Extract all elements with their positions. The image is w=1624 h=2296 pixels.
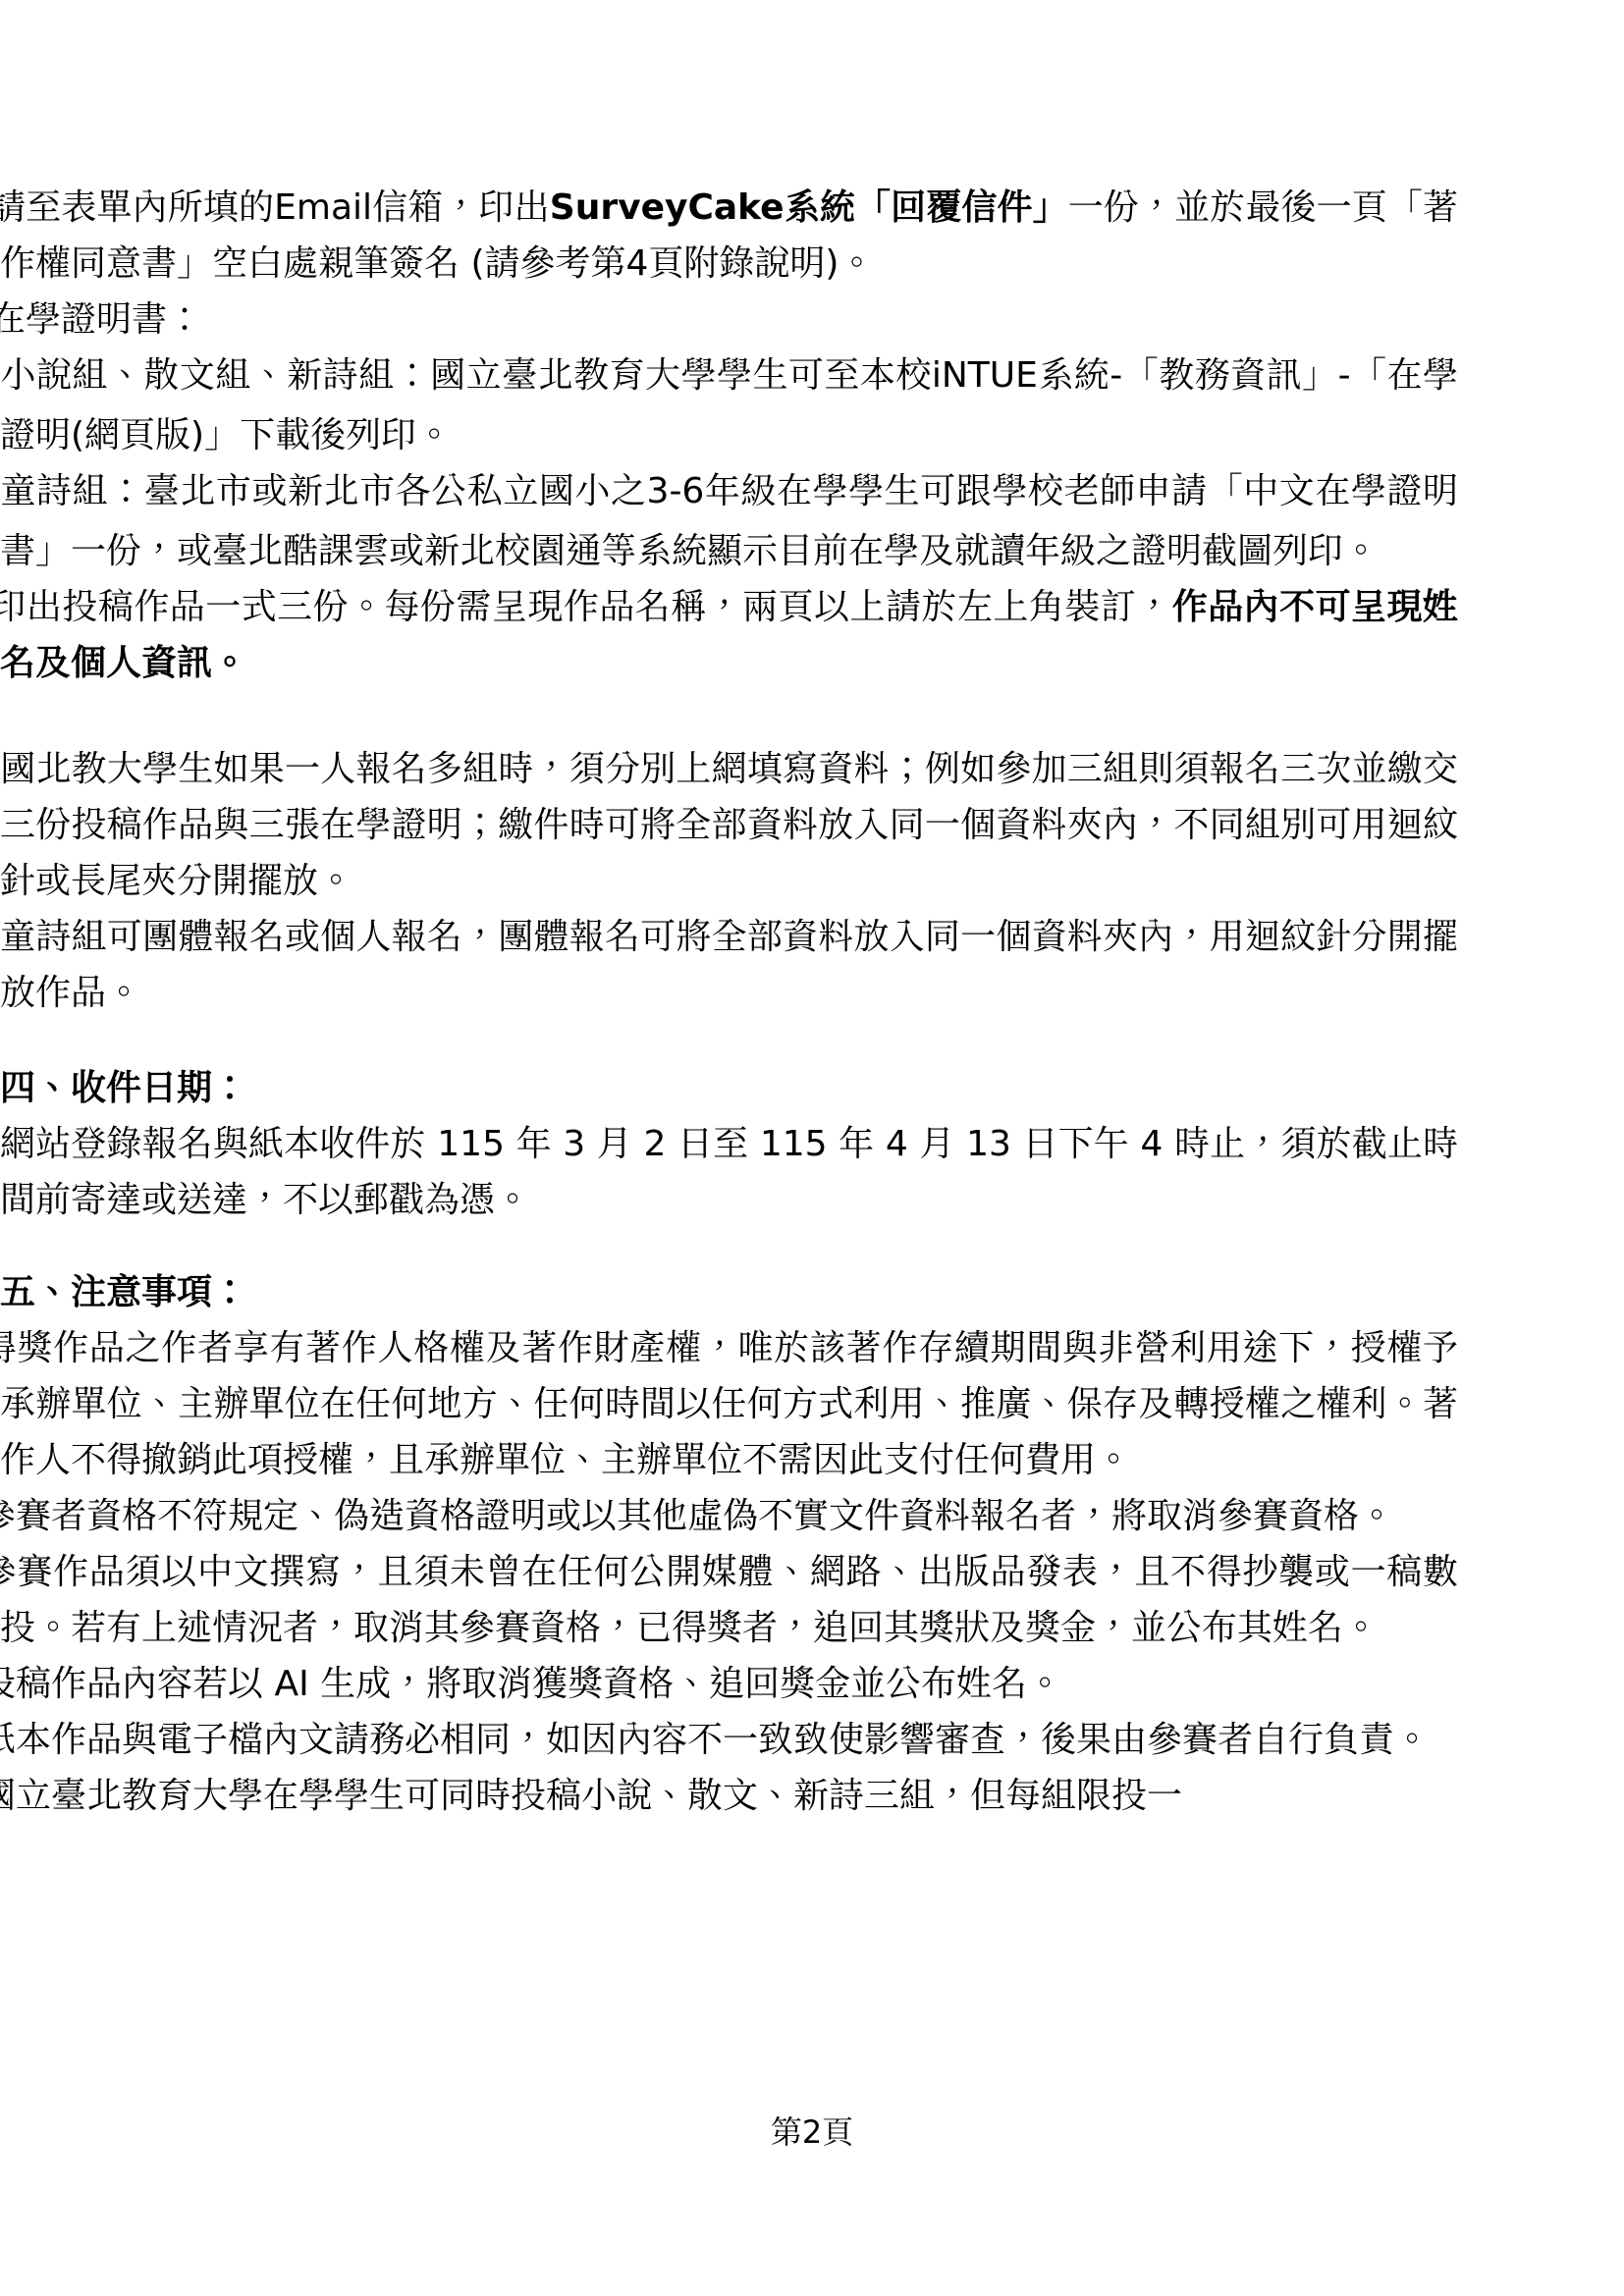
item-text: 印出投稿作品一式三份。每份需呈現作品名稱，兩頁以上請於左上角裝訂， <box>0 587 1172 627</box>
document-body: (1)請至表單內所填的Email信箱，印出SurveyCake系統「回覆信件」一… <box>0 180 1458 1824</box>
section-heading-5: 五、注意事項： <box>0 1264 1458 1320</box>
page-number: 第2頁 <box>0 2112 1624 2152</box>
item-text: 得獎作品之作者享有著作人格權及著作財產權，唯於該著作存續期間與非營利用途下，授權… <box>0 1328 1458 1480</box>
bullet-item-2: ●童詩組：臺北市或新北市各公私立國小之3-6年級在學學生可跟學校老師申請「中文在… <box>0 463 1458 579</box>
notice-item-3: （三）參賽作品須以中文撰寫，且須未曾在任何公開媒體、網路、出版品發表，且不得抄襲… <box>0 1544 1458 1656</box>
item-text: 童詩組：臺北市或新北市各公私立國小之3-6年級在學學生可跟學校老師申請「中文在學… <box>0 471 1458 571</box>
item-text: 國立臺北教育大學在學學生可同時投稿小說、散文、新詩三組，但每組限投一 <box>0 1776 1182 1816</box>
item-text: 小說組、散文組、新詩組：國立臺北教育大學學生可至本校iNTUE系統-「教務資訊」… <box>0 355 1458 455</box>
item-text: 在學證明書： <box>0 299 202 340</box>
notice-item-5: （五）紙本作品與電子檔內文請務必相同，如因內容不一致致使影響審查，後果由參賽者自… <box>0 1712 1458 1768</box>
instruction-item-2: (2)在學證明書： <box>0 292 1458 347</box>
item-text: 國北教大學生如果一人報名多組時，須分別上網填寫資料；例如參加三組則須報名三次並繳… <box>0 749 1458 901</box>
notice-item-2: （二）參賽者資格不符規定、偽造資格證明或以其他虛偽不實文件資料報名者，將取消參賽… <box>0 1488 1458 1544</box>
body-text: 網站登錄報名與紙本收件於 115 年 3 月 2 日至 115 年 4 月 13… <box>0 1124 1458 1220</box>
heading-text: 四、收件日期： <box>0 1068 247 1108</box>
heading-text: 五、注意事項： <box>0 1272 247 1312</box>
numbered-item-6: 6.童詩組可團體報名或個人報名，團體報名可將全部資料放入同一個資料夾內，用迴紋針… <box>0 909 1458 1021</box>
notice-item-1: （一）得獎作品之作者享有著作人格權及著作財產權，唯於該著作存續期間與非營利用途下… <box>0 1320 1458 1488</box>
notice-item-4: （四）投稿作品內容若以 AI 生成，將取消獲獎資格、追回獎金並公布姓名。 <box>0 1656 1458 1712</box>
item-text: 參賽者資格不符規定、偽造資格證明或以其他虛偽不實文件資料報名者，將取消參賽資格。 <box>0 1496 1394 1536</box>
item-text: 紙本作品與電子檔內文請務必相同，如因內容不一致致使影響審查，後果由參賽者自行負責… <box>0 1720 1430 1760</box>
item-text: 投稿作品內容若以 AI 生成，將取消獲獎資格、追回獎金並公布姓名。 <box>0 1664 1062 1704</box>
item-text: 請至表單內所填的Email信箱，印出 <box>0 187 550 228</box>
section-heading-4: 四、收件日期： <box>0 1060 1458 1116</box>
notice-item-6: （六）國立臺北教育大學在學學生可同時投稿小說、散文、新詩三組，但每組限投一 <box>0 1768 1458 1824</box>
bullet-item-1: ●小說組、散文組、新詩組：國立臺北教育大學學生可至本校iNTUE系統-「教務資訊… <box>0 347 1458 463</box>
document-page: (1)請至表單內所填的Email信箱，印出SurveyCake系統「回覆信件」一… <box>0 0 1624 2296</box>
numbered-item-5: 5.國北教大學生如果一人報名多組時，須分別上網填寫資料；例如參加三組則須報名三次… <box>0 741 1458 909</box>
instruction-item-1: (1)請至表單內所填的Email信箱，印出SurveyCake系統「回覆信件」一… <box>0 180 1458 292</box>
item-text: 參賽作品須以中文撰寫，且須未曾在任何公開媒體、網路、出版品發表，且不得抄襲或一稿… <box>0 1552 1458 1648</box>
instruction-item-3: (3)印出投稿作品一式三份。每份需呈現作品名稱，兩頁以上請於左上角裝訂，作品內不… <box>0 579 1458 691</box>
section-4-body: 網站登錄報名與紙本收件於 115 年 3 月 2 日至 115 年 4 月 13… <box>0 1116 1458 1228</box>
item-text: 童詩組可團體報名或個人報名，團體報名可將全部資料放入同一個資料夾內，用迴紋針分開… <box>0 917 1458 1013</box>
item-text-bold: SurveyCake系統「回覆信件」 <box>550 187 1068 228</box>
